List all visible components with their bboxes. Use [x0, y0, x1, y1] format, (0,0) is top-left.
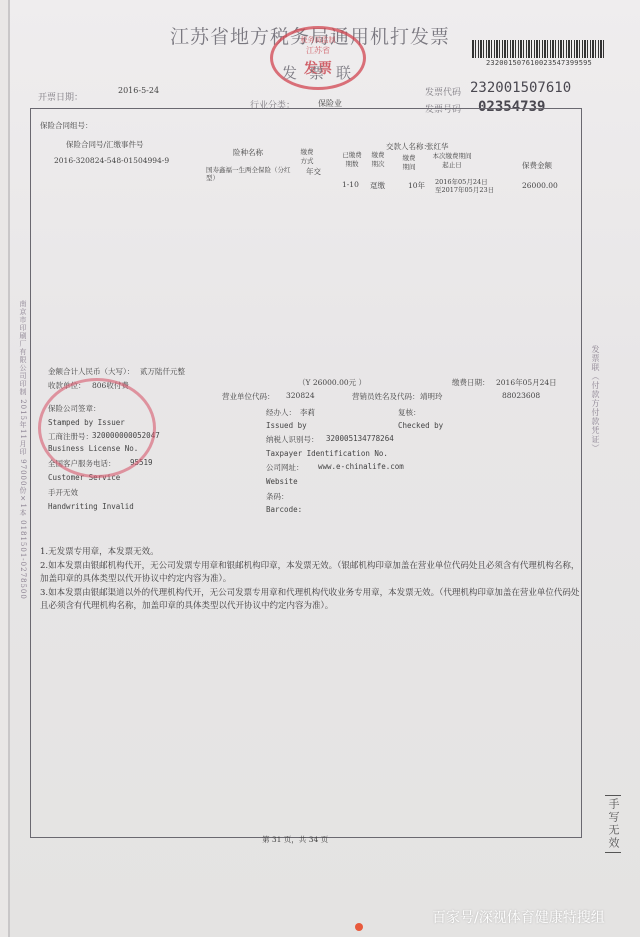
company-invoice-stamp [38, 378, 156, 478]
taxpayer-label: 纳税人识别号： [266, 434, 319, 445]
note-item: 2.如本发票由银邮机构代开，无公司发票专用章和银邮机构印章，本发票无效。（银邮机… [40, 560, 580, 587]
source-watermark: 百家号/深视体育健康特搜组 [432, 907, 605, 927]
website-link[interactable]: www.e-chinalife.com [318, 462, 404, 471]
row-period-years: 10年 [408, 180, 425, 191]
issued-en: Issued by [266, 421, 307, 430]
col-premium: 保费金额 [522, 160, 552, 171]
taxpayer-id: 320005134778264 [326, 434, 394, 443]
barcode-number: 232001507610023547399595 [472, 59, 606, 67]
sales-label: 营销员姓名及代码： [352, 391, 420, 402]
paper-edge [8, 0, 10, 937]
invoice-code: 232001507610 [470, 80, 571, 96]
checked-en: Checked by [398, 421, 443, 430]
issue-date-label: 开票日期： [38, 90, 83, 103]
handwriting-invalid-mark: 手写无效 [605, 795, 621, 853]
sales-code: 88023608 [502, 391, 540, 400]
handwriting-en: Handwriting Invalid [48, 502, 134, 511]
row-product: 国寿鑫福一生两全保险（分红型） [206, 166, 296, 182]
payment-date-label: 缴费日期： [452, 377, 490, 388]
col-pay-term: 缴费期次 [370, 150, 386, 168]
issued-label: 经办人： [266, 407, 296, 418]
note-item: 1.无发票专用章，本发票无效。 [40, 546, 580, 560]
col-date-range: 本次缴费期间起止日 [432, 151, 472, 169]
col-pay-method: 缴费方式 [298, 147, 316, 165]
amount-words: 贰万陆仟元整 [140, 366, 185, 377]
amount-words-label: 金额合计人民币（大写）： [48, 366, 134, 377]
copy-purpose-vertical: 发票联（付款方付款凭证） [590, 345, 601, 453]
barcode-en: Barcode: [266, 505, 302, 514]
issued-name: 李莉 [300, 407, 315, 418]
printer-imprint: 南京市印刷厂有限公司印制 2015年11月印 97000份×1本 0181501… [18, 300, 28, 600]
contract-no-label: 保险合同号/汇缴事件号 [66, 139, 144, 150]
checked-label: 复核： [398, 407, 421, 418]
record-dot-icon [355, 923, 363, 931]
unit-code: 320824 [286, 391, 315, 400]
website-en: Website [266, 477, 298, 486]
col-paid-periods: 已缴费期数 [340, 150, 364, 168]
stamp-line: 江苏省 [273, 45, 363, 56]
page-indicator: 第 31 页，共 34 页 [262, 834, 328, 845]
row-premium: 26000.00 [522, 181, 558, 190]
invoice-notes: 1.无发票专用章，本发票无效。 2.如本发票由银邮机构代开，无公司发票专用章和银… [40, 546, 580, 614]
row-date-end: 至2017年05月23日 [435, 185, 494, 194]
payer-label: 交款人名称： [386, 141, 431, 152]
row-pay-method: 年交 [306, 166, 321, 177]
stamp-line: 税务局监制 [273, 35, 363, 45]
copy-name: 发票联 [282, 62, 363, 83]
payment-date: 2016年05月24日 [496, 377, 557, 388]
website-label: 公司网址： [266, 462, 304, 473]
sales-name: 靖明玲 [420, 391, 443, 402]
unit-code-label: 营业单位代码： [222, 391, 275, 402]
barcode-label: 条码： [266, 491, 289, 502]
invoice-code-label: 发票代码 [425, 85, 461, 98]
col-product: 险种名称 [233, 147, 263, 158]
taxpayer-en: Taxpayer Identification No. [266, 449, 388, 458]
amount-figure: （Y 26000.00元 ） [298, 377, 366, 388]
handwriting-cn: 手开无效 [48, 487, 78, 498]
issue-date: 2016-5-24 [118, 86, 159, 95]
col-period: 缴费期间 [400, 153, 418, 171]
row-pay-term: 趸缴 [370, 180, 385, 191]
barcode-icon [472, 40, 606, 58]
contract-no: 2016-320824-548-01504994-9 [54, 156, 169, 165]
row-paid-periods: 1-10 [342, 180, 359, 189]
note-item: 3.如本发票由银邮渠道以外的代理机构代开，无公司发票专用章和代理机构代收业务专用… [40, 587, 580, 614]
group-no-label: 保险合同组号： [40, 120, 93, 131]
